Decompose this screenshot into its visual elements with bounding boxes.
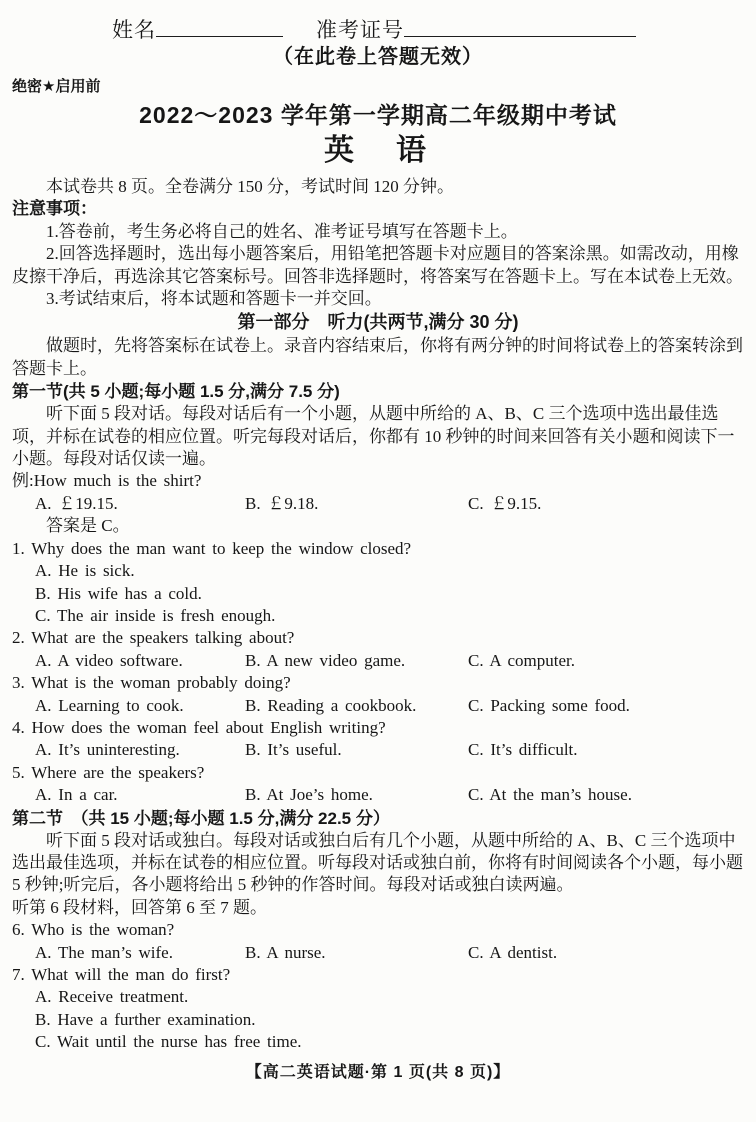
question-5-option-c: C. At the man’s house. [468, 784, 744, 806]
question-7-option-b: B. Have a further examination. [12, 1009, 744, 1031]
question-7-prompt: 7. What will the man do first? [12, 964, 744, 986]
question-2-prompt: 2. What are the speakers talking about? [12, 627, 744, 649]
question-1-options: A. He is sick. B. His wife has a cold. C… [12, 560, 744, 627]
question-1-option-c: C. The air inside is fresh enough. [12, 605, 744, 627]
section1-intro: 听下面 5 段对话。每段对话后有一个小题，从题中所给的 A、B、C 三个选项中选… [12, 403, 744, 470]
question-5-prompt: 5. Where are the speakers? [12, 762, 744, 784]
question-2-option-b: B. A new video game. [245, 650, 468, 672]
question-7-option-c: C. Wait until the nurse has free time. [12, 1031, 744, 1053]
question-2-options: A. A video software. B. A new video game… [12, 650, 744, 672]
answer-invalid-notice: （在此卷上答题无效） [12, 44, 744, 71]
header-fill-row: 姓名准考证号 [112, 16, 744, 44]
section1-heading: 第一节(共 5 小题;每小题 1.5 分,满分 7.5 分) [12, 380, 744, 403]
admission-number-label: 准考证号 [316, 18, 404, 42]
question-1-option-a: A. He is sick. [12, 560, 744, 582]
example-option-a: A. ￡19.15. [35, 493, 245, 515]
question-4-option-b: B. It’s useful. [245, 739, 468, 761]
example-answer-note: 答案是 C。 [12, 515, 744, 537]
question-3-option-b: B. Reading a cookbook. [245, 695, 468, 717]
question-2-option-a: A. A video software. [35, 650, 245, 672]
question-4-option-a: A. It’s uninteresting. [35, 739, 245, 761]
exam-session-title: 2022～2023 学年第一学期高二年级期中考试 [12, 100, 744, 130]
question-6-option-c: C. A dentist. [468, 942, 744, 964]
example-options-row: A. ￡19.15. B. ￡9.18. C. ￡9.15. [12, 493, 744, 515]
question-4-prompt: 4. How does the woman feel about English… [12, 717, 744, 739]
paper-summary: 本试卷共 8 页。全卷满分 150 分，考试时间 120 分钟。 [12, 176, 744, 198]
question-7-option-a: A. Receive treatment. [12, 986, 744, 1008]
example-option-b: B. ￡9.18. [245, 493, 468, 515]
question-3-option-c: C. Packing some food. [468, 695, 744, 717]
notices-title: 注意事项： [12, 198, 744, 220]
question-6-options: A. The man’s wife. B. A nurse. C. A dent… [12, 942, 744, 964]
example-option-c: C. ￡9.15. [468, 493, 744, 515]
question-4-options: A. It’s uninteresting. B. It’s useful. C… [12, 739, 744, 761]
question-3-option-a: A. Learning to cook. [35, 695, 245, 717]
exam-paper-page: 姓名准考证号 （在此卷上答题无效） 绝密★启用前 2022～2023 学年第一学… [0, 0, 756, 1122]
section2-heading: 第二节 （共 15 小题;每小题 1.5 分,满分 22.5 分） [12, 807, 744, 830]
question-6-option-a: A. The man’s wife. [35, 942, 245, 964]
part1-intro: 做题时，先将答案标在试卷上。录音内容结束后，你将有两分钟的时间将试卷上的答案转涂… [12, 335, 744, 380]
secrecy-notice: 绝密★启用前 [12, 77, 744, 97]
section2-intro: 听下面 5 段对话或独白。每段对话或独白后有几个小题，从题中所给的 A、B、C … [12, 830, 744, 897]
subject-title: 英 语 [12, 132, 744, 169]
question-2-option-c: C. A computer. [468, 650, 744, 672]
question-5-option-b: B. At Joe’s home. [245, 784, 468, 806]
question-5-option-a: A. In a car. [35, 784, 245, 806]
name-label: 姓名 [112, 18, 156, 42]
part1-heading: 第一部分 听力(共两节,满分 30 分) [12, 310, 744, 335]
notice-item-2: 2.回答选择题时，选出每小题答案后，用铅笔把答题卡对应题目的答案涂黑。如需改动，… [12, 243, 744, 288]
question-5-options: A. In a car. B. At Joe’s home. C. At the… [12, 784, 744, 806]
admission-number-fill-line [404, 17, 636, 37]
question-3-prompt: 3. What is the woman probably doing? [12, 672, 744, 694]
page-footer: 【高二英语试题·第 1 页(共 8 页)】 [0, 1062, 756, 1084]
question-7-options: A. Receive treatment. B. Have a further … [12, 986, 744, 1053]
notice-item-3: 3.考试结束后，将本试题和答题卡一并交回。 [12, 288, 744, 310]
question-6-prompt: 6. Who is the woman? [12, 919, 744, 941]
question-1-prompt: 1. Why does the man want to keep the win… [12, 538, 744, 560]
example-prompt: 例:How much is the shirt? [12, 470, 744, 492]
question-3-options: A. Learning to cook. B. Reading a cookbo… [12, 695, 744, 717]
section2-material-note: 听第 6 段材料，回答第 6 至 7 题。 [12, 897, 744, 919]
question-4-option-c: C. It’s difficult. [468, 739, 744, 761]
notice-item-1: 1.答卷前，考生务必将自己的姓名、准考证号填写在答题卡上。 [12, 221, 744, 243]
question-6-option-b: B. A nurse. [245, 942, 468, 964]
question-1-option-b: B. His wife has a cold. [12, 583, 744, 605]
name-fill-line [156, 17, 283, 37]
